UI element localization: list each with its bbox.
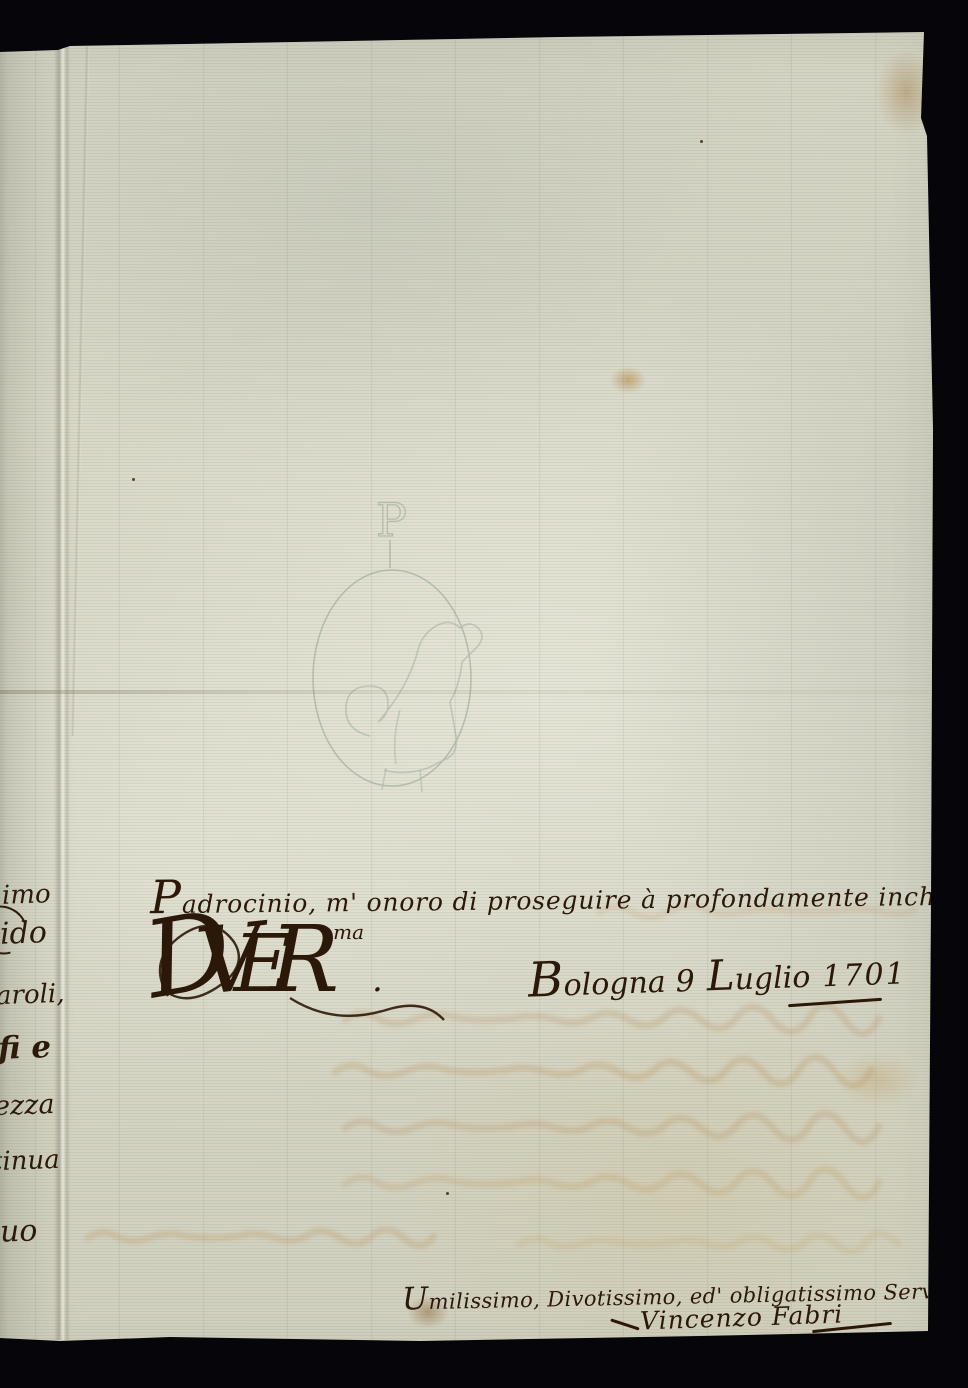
fragment-text: aroli, xyxy=(0,979,65,1011)
monogram-period: . xyxy=(372,960,383,1000)
date-month: Luglio xyxy=(706,948,811,1001)
monogram-ve-rma: DVERma. xyxy=(146,896,526,1028)
fragment-text: uo xyxy=(0,1213,38,1249)
fragment-text: tinua xyxy=(0,1145,60,1177)
show-through-lines xyxy=(0,0,968,1388)
ink-speck xyxy=(446,1192,449,1195)
date-day: 9 xyxy=(675,964,695,1000)
monogram-letter: R xyxy=(270,901,339,1019)
photo-backdrop: P i xyxy=(0,0,968,1388)
monogram-superscript: ma xyxy=(333,920,364,944)
monogram-letter: V xyxy=(191,898,269,1022)
fragment-text: ezza xyxy=(0,1089,55,1122)
date-place: Bologna xyxy=(527,948,666,1009)
date-year: 1701 xyxy=(822,956,908,994)
ink-speck xyxy=(132,478,135,481)
horizontal-fold-crease xyxy=(0,690,930,694)
fragment-text: imo xyxy=(1,879,51,911)
letter-sheet: P i xyxy=(0,0,968,1388)
fragment-text: ido xyxy=(0,915,47,952)
fragment-text: fi e xyxy=(0,1029,52,1067)
ink-speck xyxy=(700,140,703,143)
